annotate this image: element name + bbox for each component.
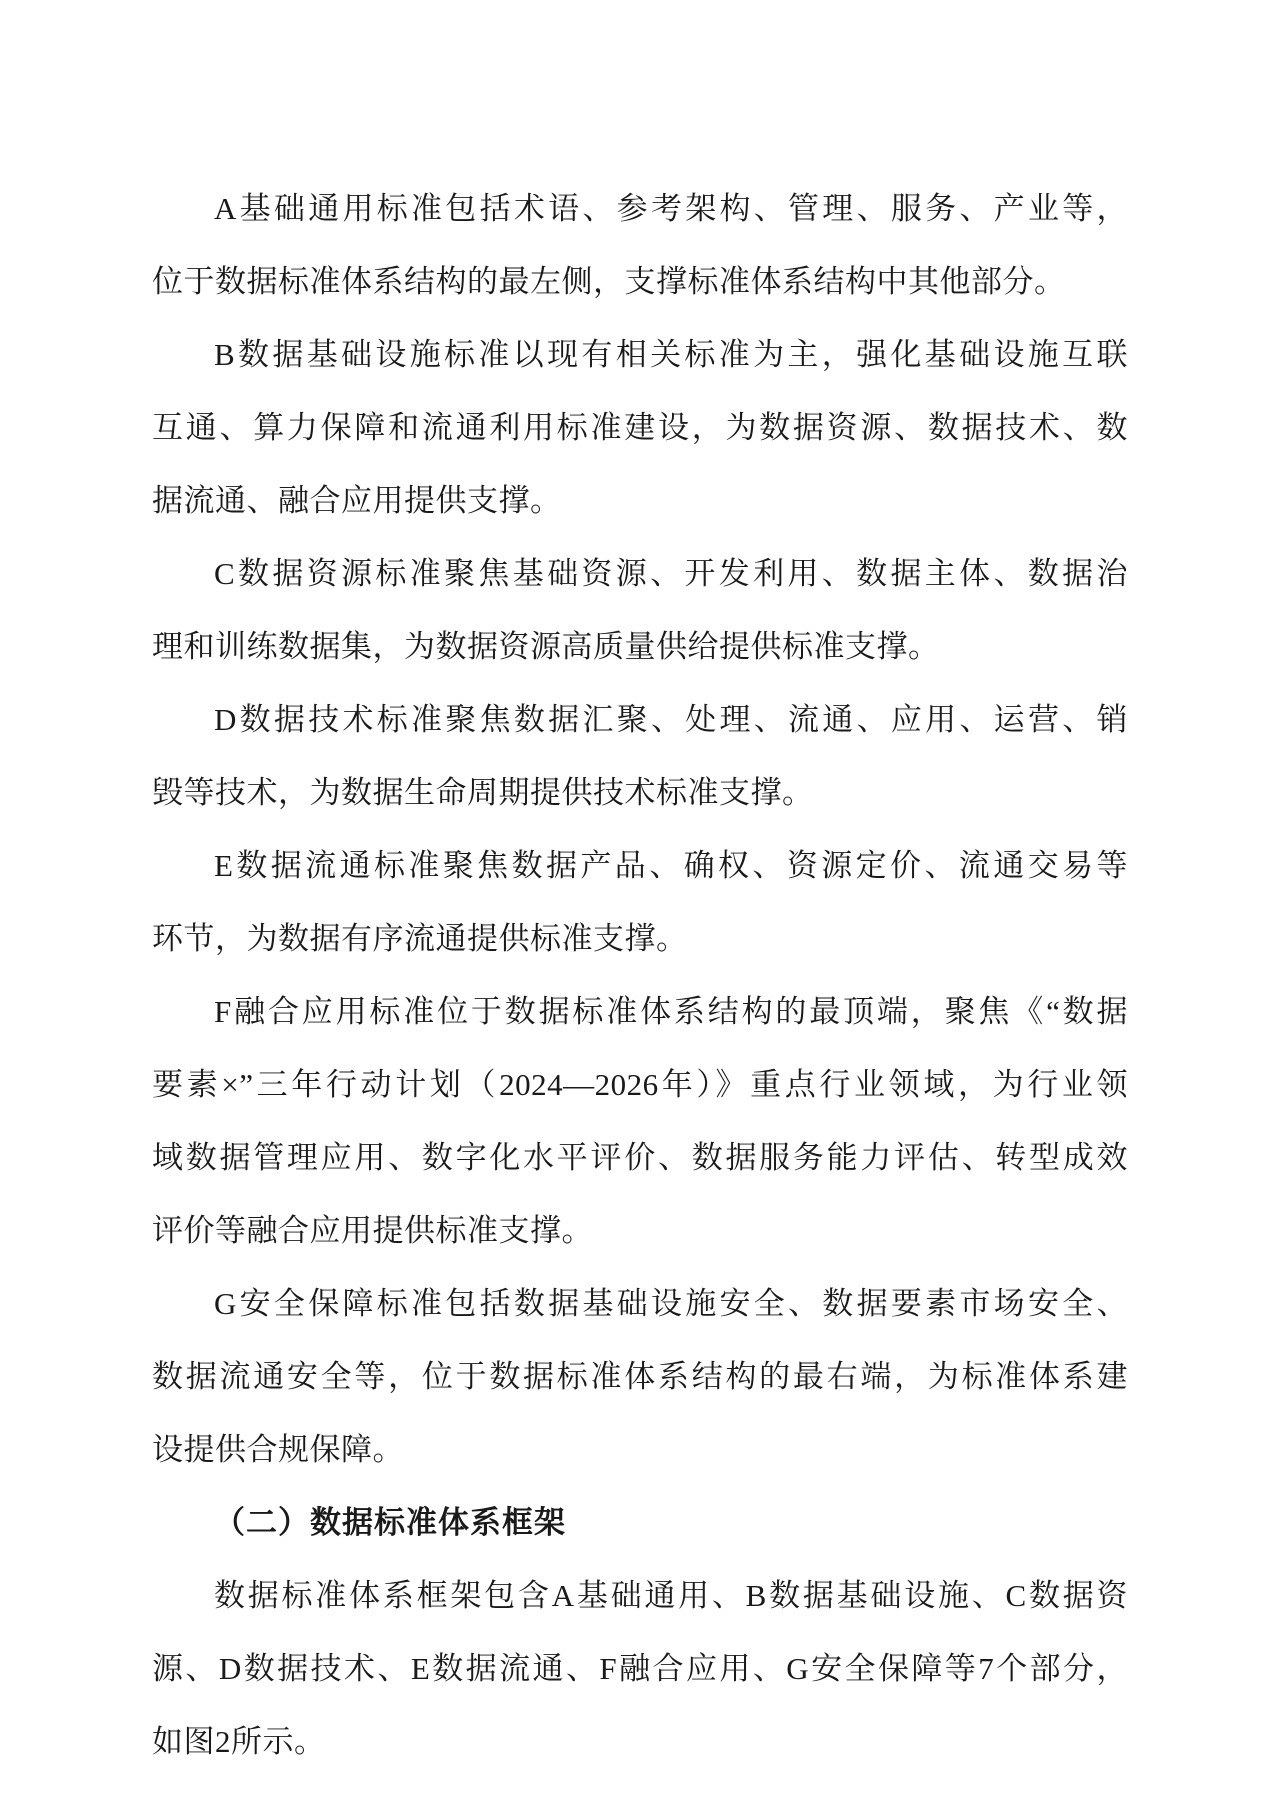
paragraph: 数据标准体系框架包含A基础通用、B数据基础设施、C数据资源、D数据技术、E数据流…: [152, 1559, 1128, 1778]
text-line: 如图2所示。: [152, 1705, 1128, 1778]
text-line: 域数据管理应用、数字化水平评价、数据服务能力评估、转型成效: [152, 1121, 1128, 1194]
text-line: E数据流通标准聚焦数据产品、确权、资源定价、流通交易等: [152, 829, 1128, 902]
text-line: 环节，为数据有序流通提供标准支撑。: [152, 902, 1128, 975]
paragraph: E数据流通标准聚焦数据产品、确权、资源定价、流通交易等环节，为数据有序流通提供标…: [152, 829, 1128, 975]
text-line: D数据技术标准聚焦数据汇聚、处理、流通、应用、运营、销: [152, 683, 1128, 756]
paragraph: D数据技术标准聚焦数据汇聚、处理、流通、应用、运营、销毁等技术，为数据生命周期提…: [152, 683, 1128, 829]
document-body: A基础通用标准包括术语、参考架构、管理、服务、产业等，位于数据标准体系结构的最左…: [152, 172, 1128, 1778]
text-line: A基础通用标准包括术语、参考架构、管理、服务、产业等，: [152, 172, 1128, 245]
section-heading: （二）数据标准体系框架: [152, 1486, 1128, 1559]
text-line: 理和训练数据集，为数据资源高质量供给提供标准支撑。: [152, 610, 1128, 683]
paragraph: A基础通用标准包括术语、参考架构、管理、服务、产业等，位于数据标准体系结构的最左…: [152, 172, 1128, 318]
text-line: B数据基础设施标准以现有相关标准为主，强化基础设施互联: [152, 318, 1128, 391]
paragraph: F融合应用标准位于数据标准体系结构的最顶端，聚焦《“数据要素×”三年行动计划（2…: [152, 975, 1128, 1267]
text-line: 互通、算力保障和流通利用标准建设，为数据资源、数据技术、数: [152, 391, 1128, 464]
text-line: （二）数据标准体系框架: [152, 1486, 1128, 1559]
text-line: 评价等融合应用提供标准支撑。: [152, 1194, 1128, 1267]
text-line: 据流通、融合应用提供支撑。: [152, 464, 1128, 537]
paragraph: B数据基础设施标准以现有相关标准为主，强化基础设施互联互通、算力保障和流通利用标…: [152, 318, 1128, 537]
text-line: 数据流通安全等，位于数据标准体系结构的最右端，为标准体系建: [152, 1340, 1128, 1413]
paragraph: C数据资源标准聚焦基础资源、开发利用、数据主体、数据治理和训练数据集，为数据资源…: [152, 537, 1128, 683]
paragraph: G安全保障标准包括数据基础设施安全、数据要素市场安全、数据流通安全等，位于数据标…: [152, 1267, 1128, 1486]
text-line: 位于数据标准体系结构的最左侧，支撑标准体系结构中其他部分。: [152, 245, 1128, 318]
text-line: 毁等技术，为数据生命周期提供技术标准支撑。: [152, 756, 1128, 829]
text-line: 要素×”三年行动计划（2024—2026年）》重点行业领域，为行业领: [152, 1048, 1128, 1121]
text-line: C数据资源标准聚焦基础资源、开发利用、数据主体、数据治: [152, 537, 1128, 610]
text-line: 设提供合规保障。: [152, 1413, 1128, 1486]
text-line: F融合应用标准位于数据标准体系结构的最顶端，聚焦《“数据: [152, 975, 1128, 1048]
document-page: A基础通用标准包括术语、参考架构、管理、服务、产业等，位于数据标准体系结构的最左…: [0, 0, 1280, 1809]
text-line: 源、D数据技术、E数据流通、F融合应用、G安全保障等7个部分，: [152, 1632, 1128, 1705]
text-line: G安全保障标准包括数据基础设施安全、数据要素市场安全、: [152, 1267, 1128, 1340]
text-line: 数据标准体系框架包含A基础通用、B数据基础设施、C数据资: [152, 1559, 1128, 1632]
